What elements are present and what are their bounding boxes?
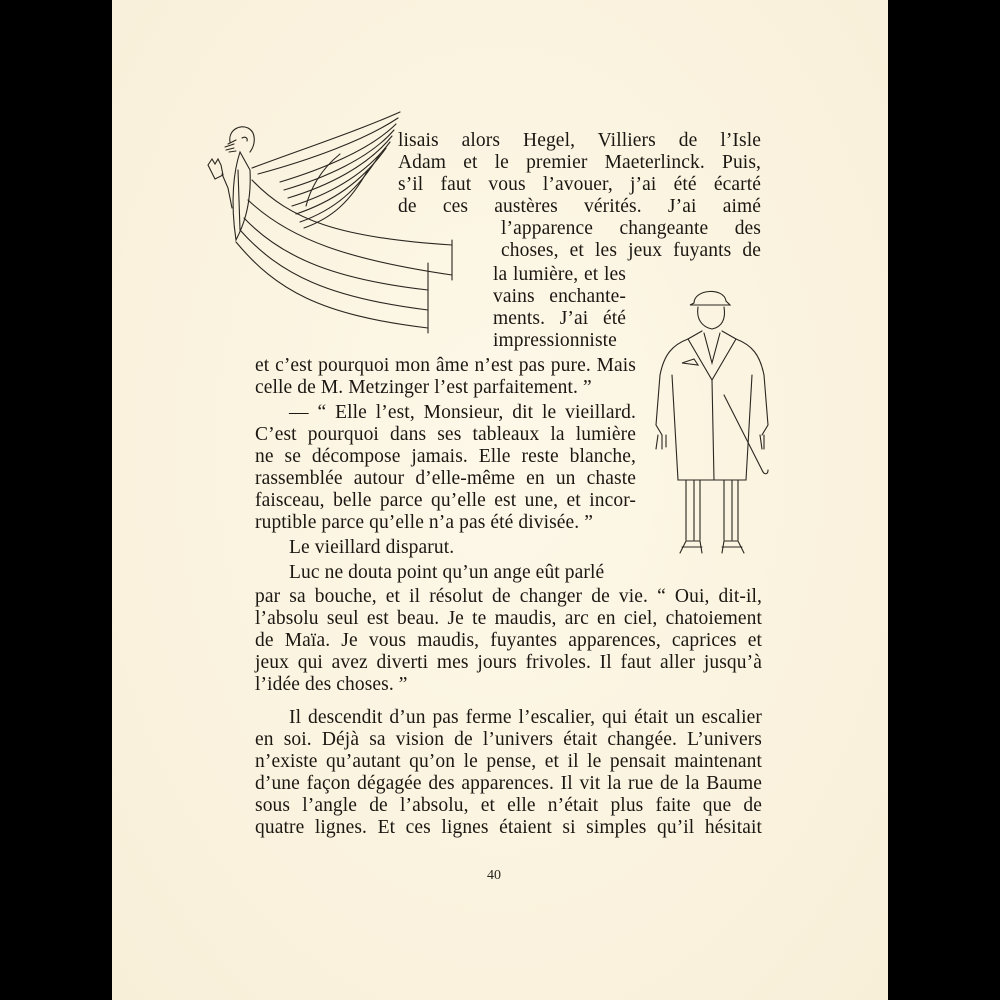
text-line: vains enchante- [493,286,626,308]
text-line: impressionniste [493,330,626,352]
text-line: l’apparence changeante des [501,218,761,240]
text-line: lisais alors Hegel, Villiers de l’Isle [398,130,761,152]
book-page: lisais alors Hegel, Villiers de l’Isle A… [112,0,888,1000]
text-line: jeux qui avez diverti mes jours frivoles… [255,652,762,674]
man-in-overcoat-illustration [642,285,782,560]
text-line: de ces austères vérités. J’ai aimé [398,196,761,218]
text-line: Le vieillard disparut. [289,537,636,559]
text-line: faisceau, belle parce qu’elle est une, e… [255,490,636,512]
page-number: 40 [487,868,501,884]
text-line: Adam et le premier Maeterlinck. Puis, [398,152,761,174]
text-line: sous l’angle de l’absolu, et elle n’étai… [255,795,762,817]
text-line: rassemblée autour d’elle-même en un chas… [255,468,636,490]
text-line: l’absolu seul est beau. Je te maudis, ar… [255,608,762,630]
text-line: ruptible parce qu’elle n’a pas été divis… [255,512,636,534]
text-line: Il descendit d’un pas ferme l’escalier, … [289,707,762,729]
text-line: — “ Elle l’est, Monsieur, dit le vieilla… [289,402,636,424]
text-line: en soi. Déjà sa vision de l’univers étai… [255,729,762,751]
text-line: d’une façon dégagée des apparences. Il v… [255,773,762,795]
text-line: quatre lignes. Et ces lignes étaient si … [255,817,762,839]
text-line: C’est pourquoi dans ses tableaux la lumi… [255,424,636,446]
text-line: de Maïa. Je vous maudis, fuyantes appare… [255,630,762,652]
text-line: Luc ne douta point qu’un ange eût parlé [289,562,636,584]
text-line: celle de M. Metzinger l’est parfaitement… [255,377,636,399]
text-line: et c’est pourquoi mon âme n’est pas pure… [255,355,636,377]
text-line: la lumière, et les [493,264,626,286]
text-line: choses, et les jeux fuyants de [501,240,761,262]
text-line: ne se décompose jamais. Elle reste blanc… [255,446,636,468]
text-line: l’idée des choses. ” [255,674,762,696]
text-line: ments. J’ai été [493,308,626,330]
text-line: par sa bouche, et il résolut de changer … [255,586,762,608]
text-line: s’il faut vous l’avouer, j’ai été écarté [398,174,761,196]
text-line: n’existe qu’autant qu’on le pense, et il… [255,751,762,773]
